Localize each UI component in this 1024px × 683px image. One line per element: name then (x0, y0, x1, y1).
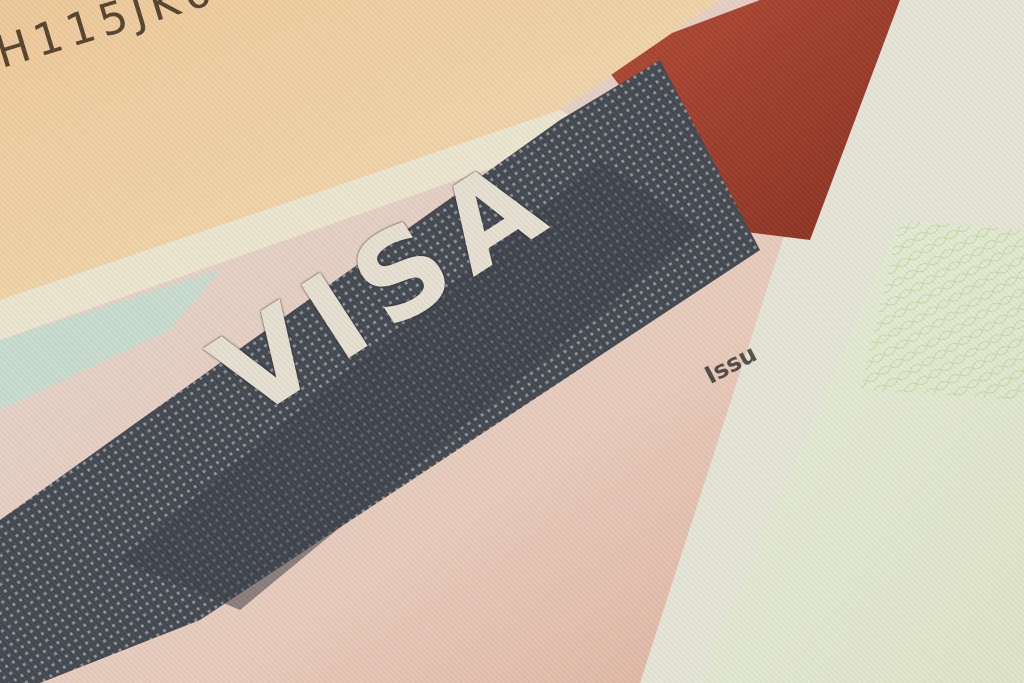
visa-photo: H115JK0 VISA Issu (0, 0, 1024, 683)
photo-background-shapes (0, 0, 1024, 683)
